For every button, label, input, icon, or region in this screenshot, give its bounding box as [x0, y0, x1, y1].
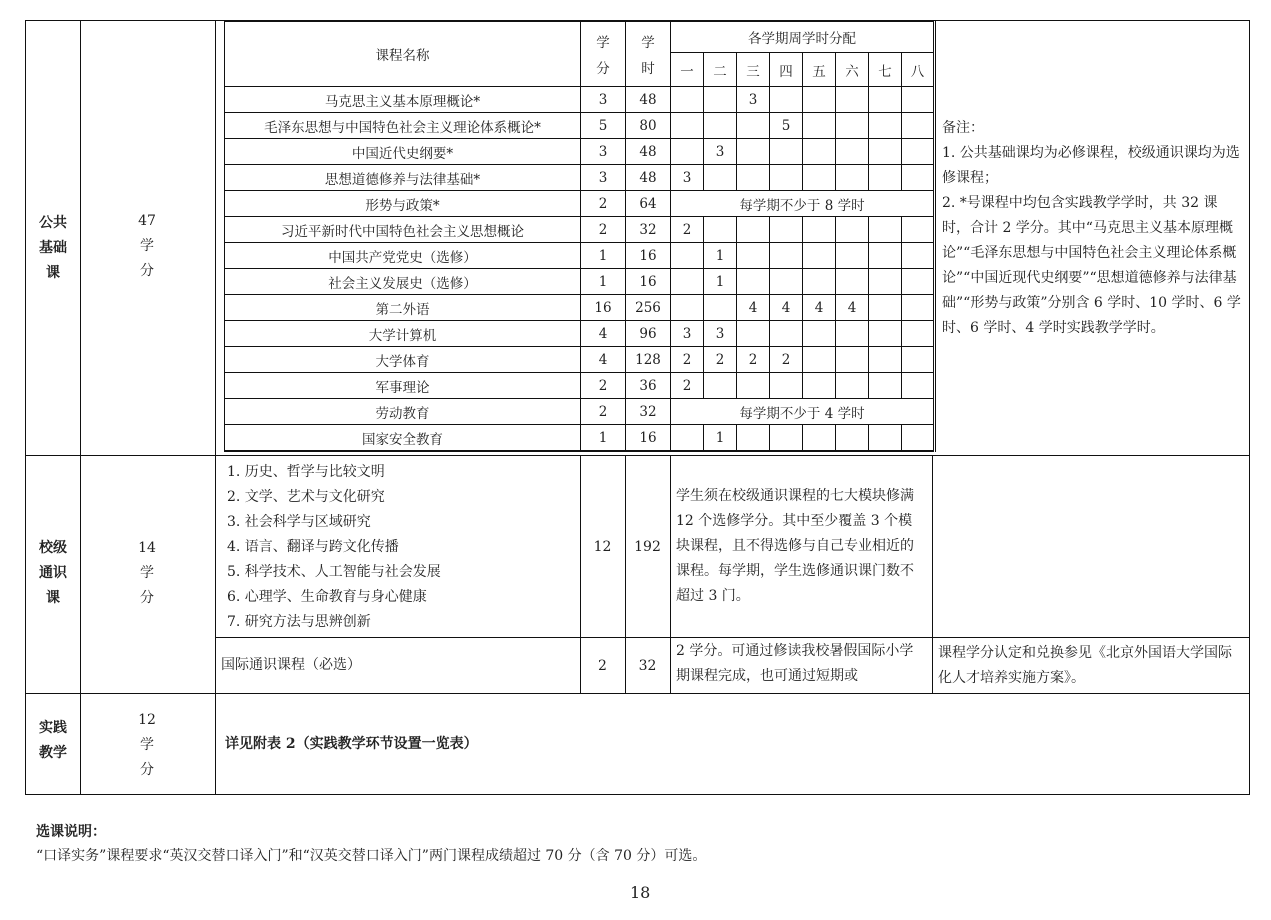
category-label-public: 公共 基础 课	[26, 211, 80, 286]
table-row: 中国共产党党史（选修）1161	[225, 243, 935, 269]
semester-hours	[770, 321, 803, 347]
module-item: 1. 历史、哲学与比较文明	[227, 460, 441, 485]
semester-hours	[803, 243, 836, 269]
semester-hours	[836, 321, 869, 347]
module-item: 3. 社会科学与区域研究	[227, 510, 441, 535]
semester-hours	[737, 165, 770, 191]
module-item: 4. 语言、翻译与跨文化传播	[227, 535, 441, 560]
semester-hours	[737, 269, 770, 295]
semester-hours	[770, 165, 803, 191]
semester-hours: 3	[671, 165, 704, 191]
course-credits: 3	[581, 87, 626, 113]
course-name: 中国共产党党史（选修）	[225, 243, 581, 269]
module-item: 5. 科学技术、人工智能与社会发展	[227, 560, 441, 585]
course-hours: 48	[626, 165, 671, 191]
public-notes: 备注： 1. 公共基础课均为必修课程，校级通识课均为选修课程； 2. *号课程中…	[936, 112, 1248, 345]
semester-hours	[803, 217, 836, 243]
semester-hours: 4	[803, 295, 836, 321]
intl-course-name-cell: 国际通识课程（必选）	[215, 637, 581, 694]
total-credits-cell-general: 14 学 分	[80, 455, 216, 694]
semester-hours	[770, 373, 803, 399]
table-row: 社会主义发展史（选修）1161	[225, 269, 935, 295]
semester-hours	[737, 321, 770, 347]
semester-hours: 2	[770, 347, 803, 373]
semester-hours	[671, 243, 704, 269]
semester-hours	[902, 425, 935, 452]
modules-description-cell: 学生须在校级通识课程的七大模块修满 12 个选修学分。其中至少覆盖 3 个模块课…	[670, 455, 933, 638]
semester-hours	[803, 425, 836, 452]
header-semester-2: 二	[704, 53, 737, 87]
header-row: 课程名称学分学时各学期周学时分配	[225, 21, 935, 53]
semester-hours	[737, 217, 770, 243]
semester-hours	[869, 139, 902, 165]
category-label-practice: 实践 教学	[26, 716, 80, 766]
practice-description-cell: 详见附表 2（实践教学环节设置一览表）	[215, 693, 1250, 795]
modules-list: 1. 历史、哲学与比较文明 2. 文学、艺术与文化研究 3. 社会科学与区域研究…	[221, 460, 441, 635]
semester-hours	[770, 243, 803, 269]
intl-description-cell: 2 学分。可通过修读我校暑假国际小学期课程完成，也可通过短期或	[670, 637, 933, 694]
header-semester-5: 五	[803, 53, 836, 87]
course-name: 第二外语	[225, 295, 581, 321]
header-semester-8: 八	[902, 53, 935, 87]
total-credits-cell-practice: 12 学 分	[80, 693, 216, 795]
header-semester-7: 七	[869, 53, 902, 87]
modules-note-cell	[932, 455, 1250, 638]
semester-hours	[902, 87, 935, 113]
course-name: 国家安全教育	[225, 425, 581, 452]
semester-hours	[803, 321, 836, 347]
semester-hours	[770, 139, 803, 165]
course-name: 习近平新时代中国特色社会主义思想概论	[225, 217, 581, 243]
semester-hours	[836, 87, 869, 113]
semester-hours	[869, 295, 902, 321]
total-credits-cell-public: 47 学 分	[80, 20, 216, 456]
semester-hours	[869, 165, 902, 191]
semester-hours	[704, 217, 737, 243]
course-hours: 256	[626, 295, 671, 321]
semester-hours: 1	[704, 425, 737, 452]
semester-hours	[737, 243, 770, 269]
semester-hours	[836, 139, 869, 165]
total-credits-practice: 12 学 分	[80, 708, 214, 783]
semester-hours	[704, 373, 737, 399]
semester-hours	[902, 269, 935, 295]
semester-hours: 3	[704, 321, 737, 347]
semester-hours	[902, 243, 935, 269]
semester-hours	[704, 87, 737, 113]
intl-note: 课程学分认定和兑换参见《北京外国语大学国际化人才培养实施方案》。	[932, 641, 1249, 691]
course-name: 军事理论	[225, 373, 581, 399]
page-number: 18	[630, 883, 650, 902]
semester-hours	[902, 113, 935, 139]
course-hours: 64	[626, 191, 671, 217]
semester-hours	[902, 217, 935, 243]
course-hours: 16	[626, 269, 671, 295]
semester-hours	[902, 321, 935, 347]
table-row: 中国近代史纲要*3483	[225, 139, 935, 165]
public-courses-table: 课程名称学分学时各学期周学时分配一二三四五六七八马克思主义基本原理概论*3483…	[224, 20, 936, 452]
header-semester-4: 四	[770, 53, 803, 87]
table-row: 马克思主义基本原理概论*3483	[225, 87, 935, 113]
course-hours: 96	[626, 321, 671, 347]
semester-hours	[704, 165, 737, 191]
course-credits: 1	[581, 425, 626, 452]
modules-hours: 192	[625, 455, 671, 638]
semester-hours	[803, 373, 836, 399]
table-row: 毛泽东思想与中国特色社会主义理论体系概论*5805	[225, 113, 935, 139]
course-credits: 1	[581, 269, 626, 295]
semester-hours	[836, 113, 869, 139]
course-selection-text: “口译实务”课程要求“英汉交替口译入门”和“汉英交替口译入门”两门课程成绩超过 …	[36, 845, 706, 865]
course-credits: 5	[581, 113, 626, 139]
semester-hours	[902, 373, 935, 399]
header-semester-group: 各学期周学时分配	[671, 21, 935, 53]
semester-hours	[836, 373, 869, 399]
course-hours: 128	[626, 347, 671, 373]
total-credits-public: 47 学 分	[80, 209, 214, 284]
semester-hours: 5	[770, 113, 803, 139]
semester-hours	[737, 113, 770, 139]
semester-hours	[704, 113, 737, 139]
header-semester-6: 六	[836, 53, 869, 87]
semester-hours: 3	[704, 139, 737, 165]
semester-hours	[803, 347, 836, 373]
semester-hours	[869, 373, 902, 399]
course-name: 大学体育	[225, 347, 581, 373]
semester-hours: 1	[704, 269, 737, 295]
semester-hours: 3	[671, 321, 704, 347]
intl-credits: 2	[580, 637, 626, 694]
semester-hours	[902, 295, 935, 321]
semester-hours	[803, 165, 836, 191]
course-credits: 2	[581, 373, 626, 399]
semester-hours: 3	[737, 87, 770, 113]
semester-hours: 2	[704, 347, 737, 373]
semester-hours	[770, 269, 803, 295]
course-hours: 48	[626, 139, 671, 165]
modules-list-cell: 1. 历史、哲学与比较文明 2. 文学、艺术与文化研究 3. 社会科学与区域研究…	[215, 455, 581, 638]
semester-hours	[869, 425, 902, 452]
semester-hours	[671, 87, 704, 113]
semester-hours	[836, 347, 869, 373]
semester-hours	[869, 347, 902, 373]
course-name: 劳动教育	[225, 399, 581, 425]
semester-hours	[836, 217, 869, 243]
semester-hours	[770, 425, 803, 452]
intl-course-name: 国际通识课程（必选）	[215, 653, 367, 678]
semester-hours: 2	[671, 217, 704, 243]
course-hours: 16	[626, 243, 671, 269]
total-credits-general: 14 学 分	[80, 536, 214, 611]
header-semester-1: 一	[671, 53, 704, 87]
semester-hours	[671, 139, 704, 165]
course-hours: 36	[626, 373, 671, 399]
semester-hours	[836, 425, 869, 452]
semester-hours	[671, 269, 704, 295]
semester-hours	[671, 295, 704, 321]
course-name: 形势与政策*	[225, 191, 581, 217]
table-row: 大学体育41282222	[225, 347, 935, 373]
semester-hours	[737, 373, 770, 399]
semester-hours	[770, 87, 803, 113]
semester-hours: 4	[836, 295, 869, 321]
table-row: 国家安全教育1161	[225, 425, 935, 452]
course-credits: 2	[581, 399, 626, 425]
course-credits: 2	[581, 217, 626, 243]
category-cell-general: 校级 通识 课	[25, 455, 81, 694]
course-name: 思想道德修养与法律基础*	[225, 165, 581, 191]
semester-hours	[902, 139, 935, 165]
intl-note-cell: 课程学分认定和兑换参见《北京外国语大学国际化人才培养实施方案》。	[932, 637, 1250, 694]
course-credits: 2	[581, 191, 626, 217]
semester-hours	[869, 321, 902, 347]
course-credits: 4	[581, 321, 626, 347]
semester-merged-note: 每学期不少于 4 学时	[671, 399, 935, 425]
course-name: 中国近代史纲要*	[225, 139, 581, 165]
category-cell-public: 公共 基础 课	[25, 20, 81, 456]
semester-hours	[869, 217, 902, 243]
semester-hours: 1	[704, 243, 737, 269]
course-hours: 32	[626, 217, 671, 243]
course-hours: 48	[626, 87, 671, 113]
semester-hours	[671, 425, 704, 452]
table-row: 形势与政策*264每学期不少于 8 学时	[225, 191, 935, 217]
header-semester-3: 三	[737, 53, 770, 87]
semester-hours	[869, 269, 902, 295]
semester-hours: 4	[737, 295, 770, 321]
semester-hours	[737, 425, 770, 452]
semester-hours	[902, 347, 935, 373]
course-name: 马克思主义基本原理概论*	[225, 87, 581, 113]
modules-description: 学生须在校级通识课程的七大模块修满 12 个选修学分。其中至少覆盖 3 个模块课…	[670, 484, 932, 609]
semester-hours	[737, 139, 770, 165]
table-row: 习近平新时代中国特色社会主义思想概论2322	[225, 217, 935, 243]
course-credits: 16	[581, 295, 626, 321]
semester-hours	[836, 269, 869, 295]
course-name: 毛泽东思想与中国特色社会主义理论体系概论*	[225, 113, 581, 139]
header-credits: 学分	[581, 21, 626, 87]
table-row: 大学计算机49633	[225, 321, 935, 347]
modules-credits: 12	[580, 455, 626, 638]
course-hours: 80	[626, 113, 671, 139]
table-row: 第二外语162564444	[225, 295, 935, 321]
semester-hours	[869, 113, 902, 139]
course-credits: 3	[581, 165, 626, 191]
semester-hours	[803, 269, 836, 295]
semester-hours	[803, 113, 836, 139]
semester-hours	[803, 139, 836, 165]
course-hours: 32	[626, 399, 671, 425]
course-name: 社会主义发展史（选修）	[225, 269, 581, 295]
course-credits: 4	[581, 347, 626, 373]
header-course-name: 课程名称	[225, 21, 581, 87]
semester-hours	[869, 243, 902, 269]
practice-description: 详见附表 2（实践教学环节设置一览表）	[215, 732, 484, 757]
semester-hours	[704, 295, 737, 321]
semester-merged-note: 每学期不少于 8 学时	[671, 191, 935, 217]
semester-hours	[671, 113, 704, 139]
semester-hours	[869, 87, 902, 113]
category-label-general: 校级 通识 课	[26, 536, 80, 611]
semester-hours	[803, 87, 836, 113]
semester-hours	[836, 243, 869, 269]
semester-hours: 4	[770, 295, 803, 321]
module-item: 6. 心理学、生命教育与身心健康	[227, 585, 441, 610]
table-row: 思想道德修养与法律基础*3483	[225, 165, 935, 191]
course-name: 大学计算机	[225, 321, 581, 347]
semester-hours: 2	[737, 347, 770, 373]
course-credits: 3	[581, 139, 626, 165]
table-row: 军事理论2362	[225, 373, 935, 399]
course-credits: 1	[581, 243, 626, 269]
semester-hours	[902, 165, 935, 191]
intl-hours: 32	[625, 637, 671, 694]
semester-hours: 2	[671, 347, 704, 373]
semester-hours: 2	[671, 373, 704, 399]
table-row: 劳动教育232每学期不少于 4 学时	[225, 399, 935, 425]
semester-hours	[770, 217, 803, 243]
module-item: 7. 研究方法与思辨创新	[227, 610, 441, 635]
intl-description: 2 学分。可通过修读我校暑假国际小学期课程完成，也可通过短期或	[670, 638, 932, 689]
module-item: 2. 文学、艺术与文化研究	[227, 485, 441, 510]
header-hours: 学时	[626, 21, 671, 87]
semester-hours	[836, 165, 869, 191]
course-selection-title: 选课说明：	[36, 821, 106, 841]
course-hours: 16	[626, 425, 671, 452]
category-cell-practice: 实践 教学	[25, 693, 81, 795]
